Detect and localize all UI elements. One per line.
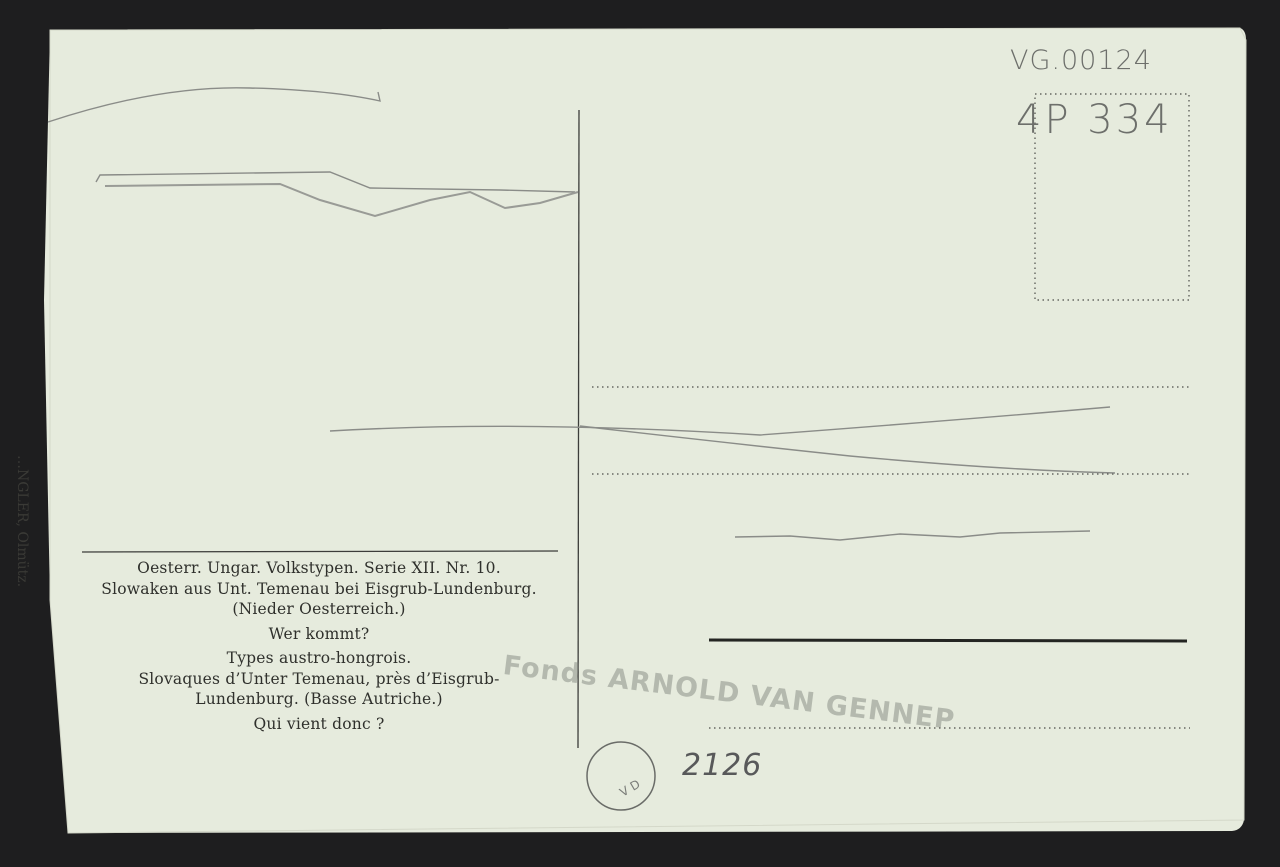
caption-line-title-fr: Slovaques d’Unter Temenau, près d’Eisgru… xyxy=(76,669,562,690)
inventory-number: VG.00124 xyxy=(1010,45,1152,76)
caption-block: Oesterr. Ungar. Volkstypen. Serie XII. N… xyxy=(76,558,562,734)
caption-line-series: Oesterr. Ungar. Volkstypen. Serie XII. N… xyxy=(76,558,562,579)
catalog-number: 2126 xyxy=(682,748,762,783)
publisher-imprint: …NGLER, Olmütz. xyxy=(14,455,30,587)
caption-line-region-de: (Nieder Oesterreich.) xyxy=(76,599,562,620)
address-line-3 xyxy=(709,640,1187,641)
postcard: V D Fonds ARNOLD VAN GENNEP Oesterr. Ung… xyxy=(0,0,1280,867)
caption-line-title-de: Slowaken aus Unt. Temenau bei Eisgrub-Lu… xyxy=(76,579,562,600)
caption-line-region-fr: Lundenburg. (Basse Autriche.) xyxy=(76,689,562,710)
caption-line-series-fr: Types austro-hongrois. xyxy=(76,648,562,669)
caption-line-question-de: Wer kommt? xyxy=(76,624,562,645)
reference-number: 4P 334 xyxy=(1016,97,1173,143)
caption-line-question-fr: Qui vient donc ? xyxy=(76,714,562,735)
